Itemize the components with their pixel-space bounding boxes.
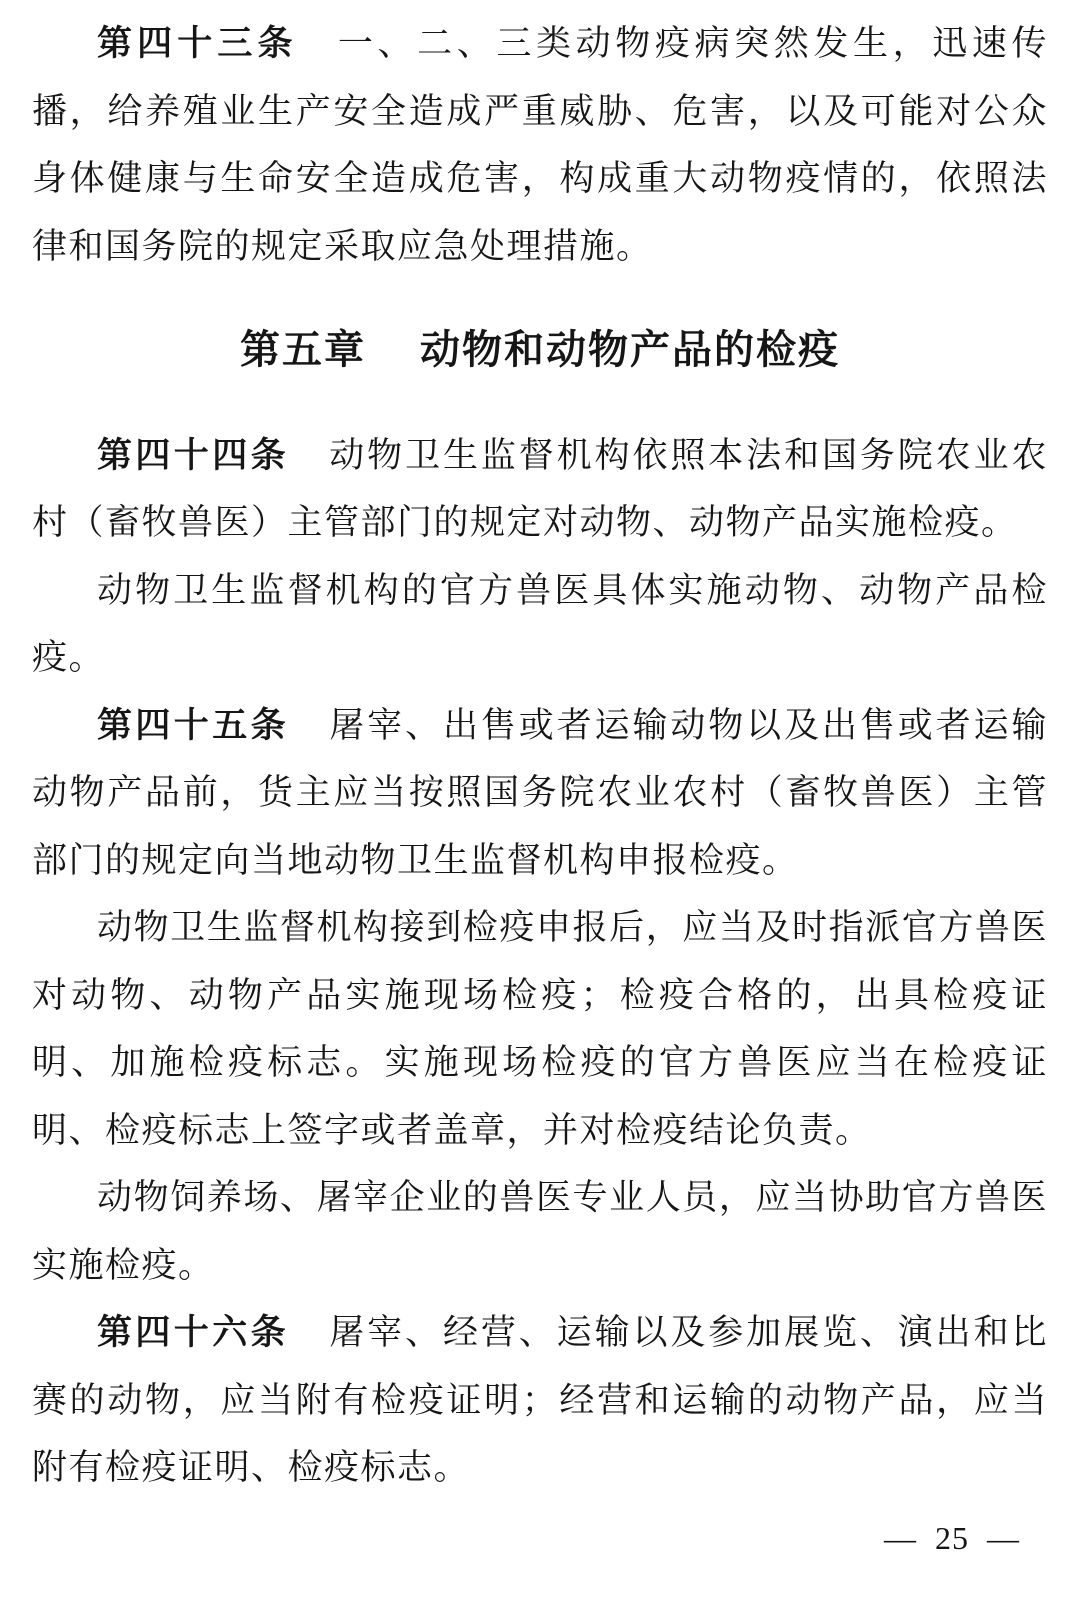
article-number-label: 第四十四条	[97, 436, 289, 475]
page-number-value: 25	[935, 1520, 969, 1556]
paragraph-article-44-cont: 动物卫生监督机构的官方兽医具体实施动物、动物产品检疫。	[32, 557, 1048, 692]
chapter-title: 动物和动物产品的检疫	[420, 328, 840, 372]
page-number-left-dash: —	[884, 1520, 917, 1556]
article-number-label: 第四十三条	[97, 24, 298, 63]
paragraph-text: 动物饲养场、屠宰企业的兽医专业人员，应当协助官方兽医实施检疫。	[32, 1178, 1048, 1285]
article-number-label: 第四十五条	[97, 706, 289, 745]
paragraph-article-43: 第四十三条一、二、三类动物疫病突然发生，迅速传播，给养殖业生产安全造成严重威胁、…	[32, 10, 1048, 280]
paragraph-text: 动物卫生监督机构的官方兽医具体实施动物、动物产品检疫。	[32, 571, 1048, 678]
document-body: 第四十三条一、二、三类动物疫病突然发生，迅速传播，给养殖业生产安全造成严重威胁、…	[0, 0, 1080, 1502]
document-page: 第四十三条一、二、三类动物疫病突然发生，迅速传播，给养殖业生产安全造成严重威胁、…	[0, 0, 1080, 1597]
article-number-label: 第四十六条	[97, 1313, 289, 1352]
chapter-heading: 第五章动物和动物产品的检疫	[32, 317, 1048, 385]
paragraph-text: 动物卫生监督机构接到检疫申报后，应当及时指派官方兽医对动物、动物产品实施现场检疫…	[32, 908, 1048, 1150]
paragraph-article-46: 第四十六条屠宰、经营、运输以及参加展览、演出和比赛的动物，应当附有检疫证明；经营…	[32, 1299, 1048, 1502]
page-number: —25—	[866, 1518, 1038, 1558]
paragraph-article-45-cont-2: 动物饲养场、屠宰企业的兽医专业人员，应当协助官方兽医实施检疫。	[32, 1164, 1048, 1299]
paragraph-article-45-cont-1: 动物卫生监督机构接到检疫申报后，应当及时指派官方兽医对动物、动物产品实施现场检疫…	[32, 894, 1048, 1164]
chapter-number-label: 第五章	[240, 328, 366, 372]
page-number-right-dash: —	[987, 1520, 1020, 1556]
paragraph-article-44: 第四十四条动物卫生监督机构依照本法和国务院农业农村（畜牧兽医）主管部门的规定对动…	[32, 422, 1048, 557]
paragraph-article-45: 第四十五条屠宰、出售或者运输动物以及出售或者运输动物产品前，货主应当按照国务院农…	[32, 692, 1048, 895]
